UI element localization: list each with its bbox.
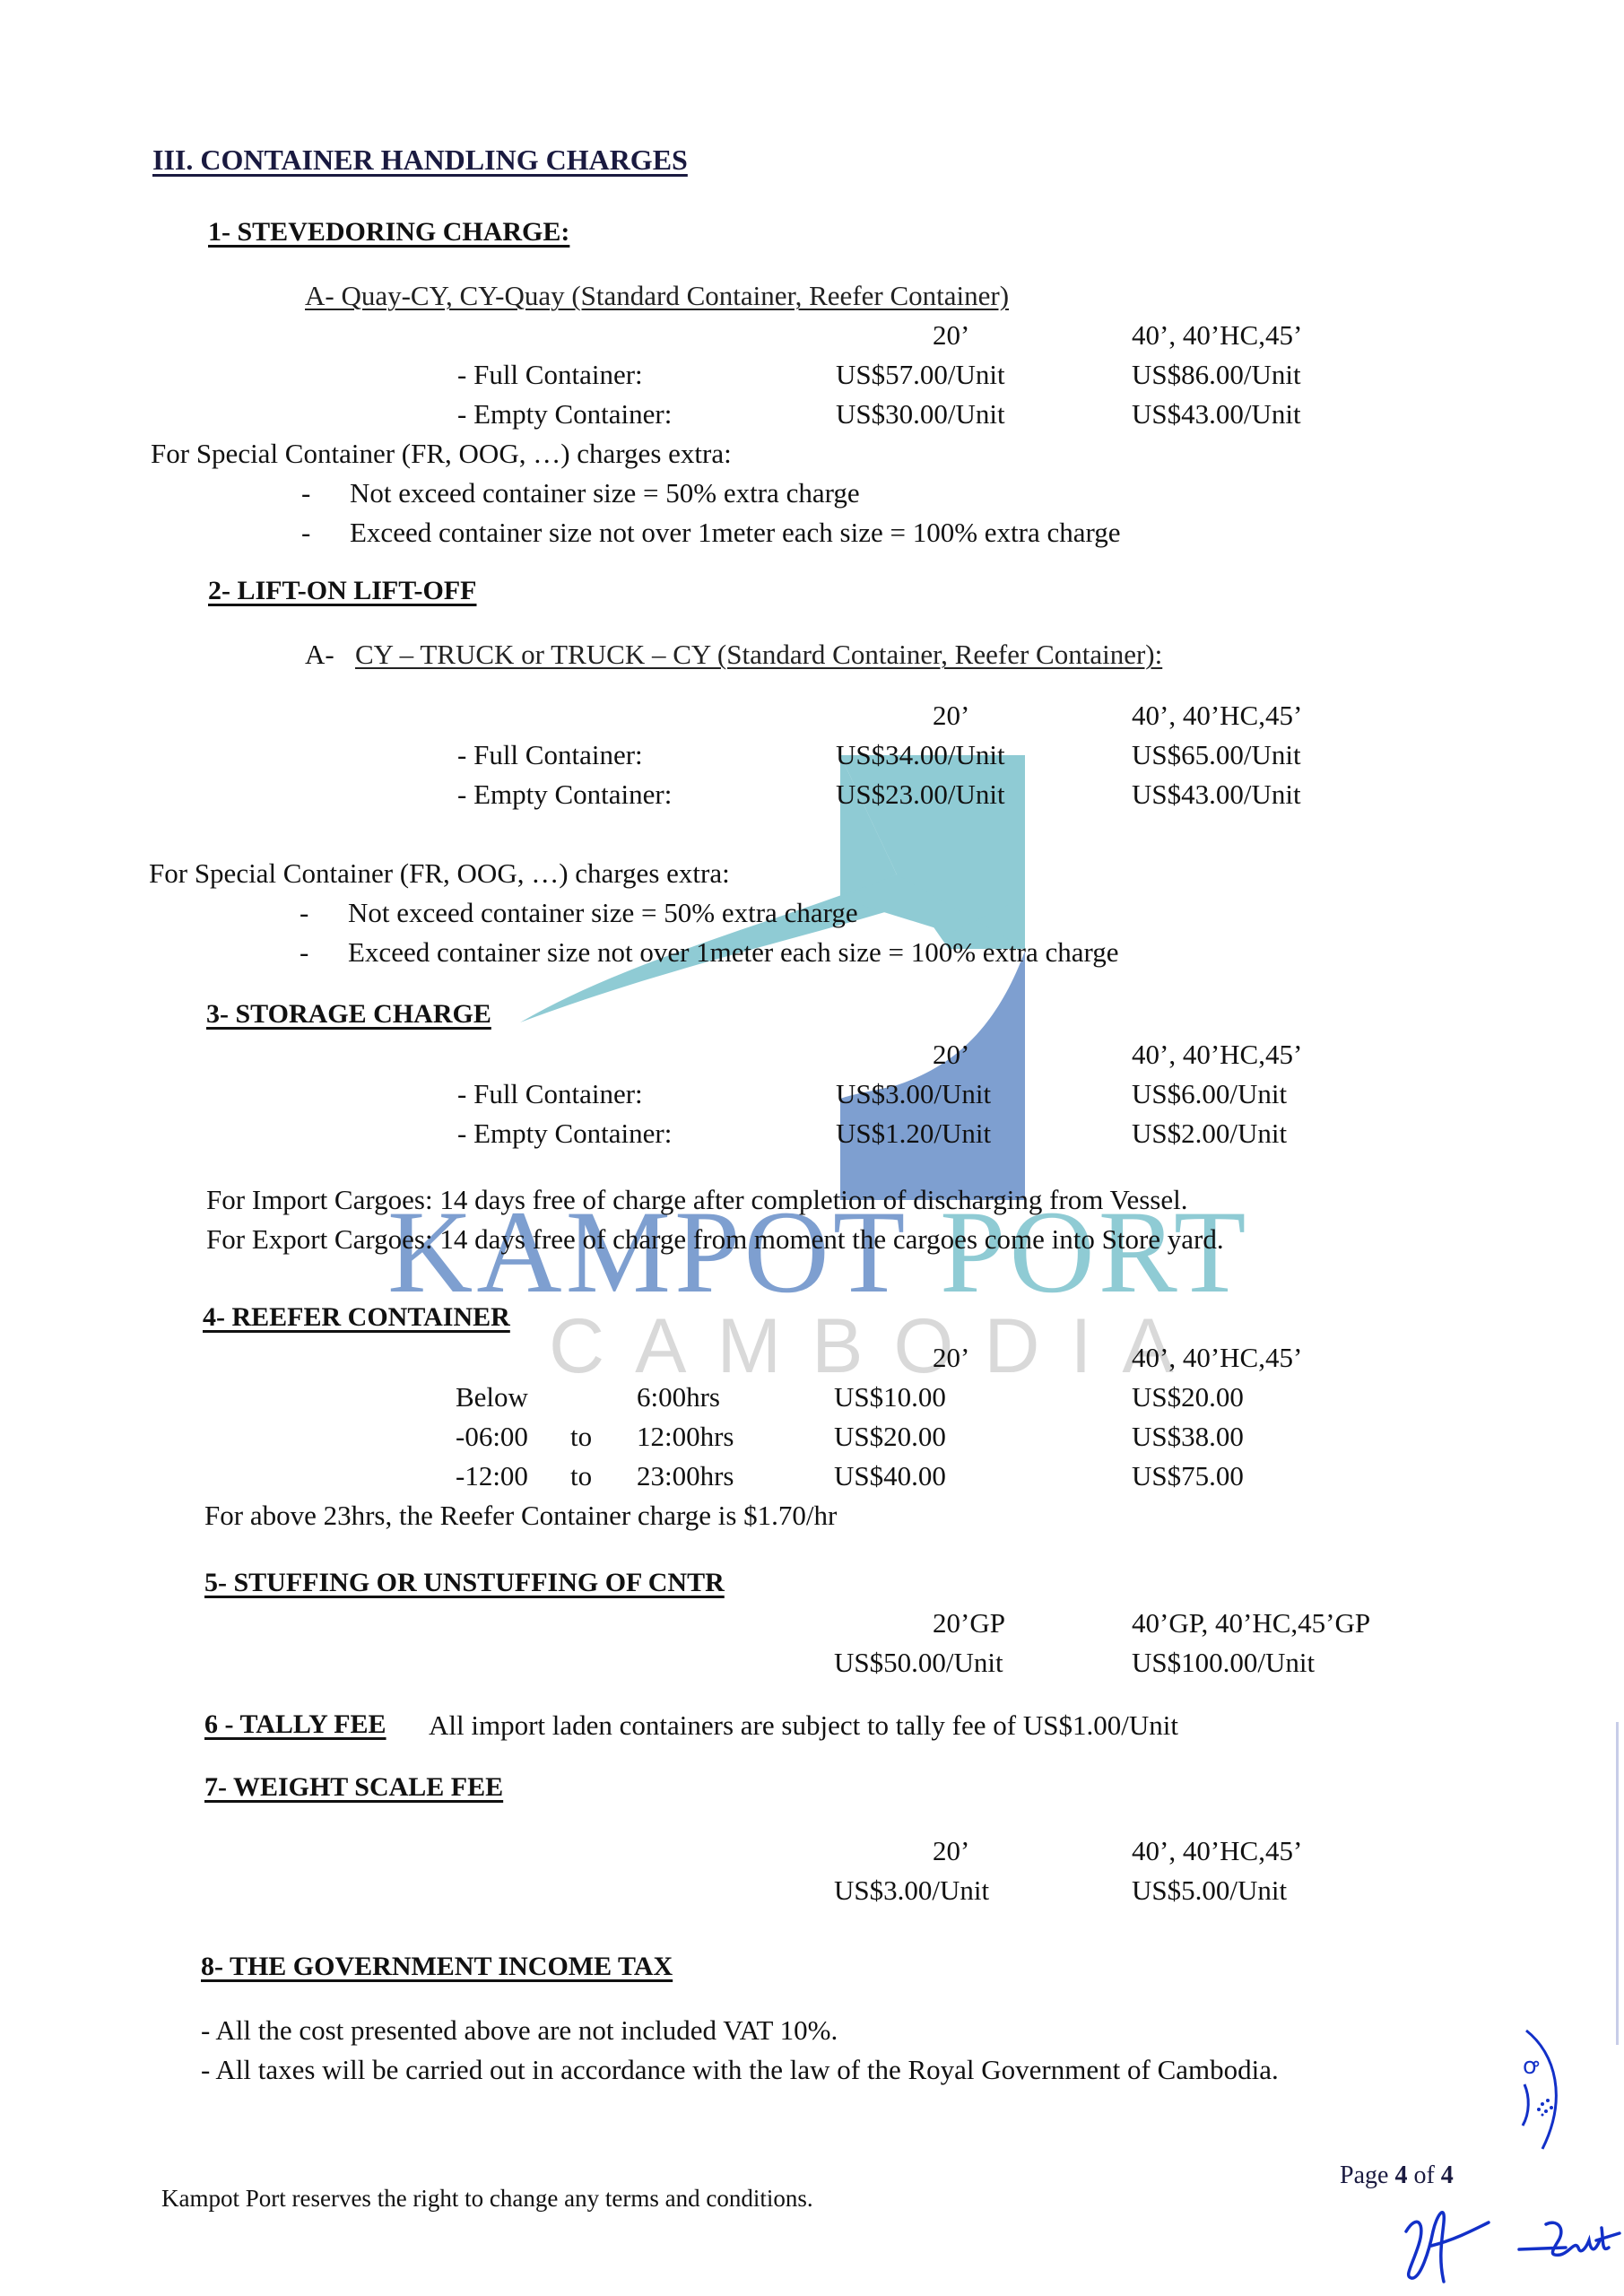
cell-20: US$30.00/Unit [836,398,1005,430]
page-mid: of [1407,2161,1440,2189]
subheading-quay-cy: A- Quay-CY, CY-Quay (Standard Container,… [305,280,1009,312]
col-header-20: 20’ [933,1835,969,1867]
range-from: Below [456,1381,528,1413]
col-header-40: 40’, 40’HC,45’ [1132,1835,1302,1867]
cell-20: US$23.00/Unit [836,778,1005,811]
col-header-40: 40’, 40’HC,45’ [1132,700,1302,732]
row-label: - Full Container: [457,359,643,391]
cell-40: US$38.00 [1132,1421,1244,1453]
cell-20: US$3.00/Unit [834,1874,989,1907]
cell-20: US$50.00/Unit [834,1647,1003,1679]
cell-40: US$43.00/Unit [1132,778,1301,811]
col-header-20: 20’ [933,319,969,352]
section-heading-stevedoring: 1- STEVEDORING CHARGE: [208,217,569,248]
col-header-40: 40’, 40’HC,45’ [1132,1342,1302,1374]
cell-40: US$86.00/Unit [1132,359,1301,391]
cell-40: US$2.00/Unit [1132,1118,1287,1150]
section-heading-tally: 6 - TALLY FEE [204,1709,386,1740]
official-stamp-icon: ꝍ [1515,2027,1578,2152]
cell-20: US$34.00/Unit [836,739,1005,771]
bullet-dash: - [301,517,310,549]
subheading-cy-truck: CY – TRUCK or TRUCK – CY (Standard Conta… [355,639,1162,671]
range-from: -12:00 [456,1460,528,1492]
section-heading-tax: 8- THE GOVERNMENT INCOME TAX [201,1952,673,1982]
cell-20: US$3.00/Unit [836,1078,991,1110]
page-number: Page 4 of 4 [1340,2161,1454,2190]
cell-40: US$43.00/Unit [1132,398,1301,430]
row-label: - Empty Container: [457,398,672,430]
row-label: - Full Container: [457,739,643,771]
range-to: to [570,1460,592,1492]
tally-fee-text: All import laden containers are subject … [429,1709,1178,1742]
cell-40: US$6.00/Unit [1132,1078,1287,1110]
cell-40: US$20.00 [1132,1381,1244,1413]
cell-40: US$75.00 [1132,1460,1244,1492]
row-label: - Empty Container: [457,778,672,811]
col-header-40: 40’, 40’HC,45’ [1132,319,1302,352]
tax-line: - All the cost presented above are not i… [201,2014,838,2047]
special-container-note: For Special Container (FR, OOG, …) charg… [151,438,732,470]
col-header-20: 20’ [933,1342,969,1374]
import-cargo-note: For Import Cargoes: 14 days free of char… [206,1184,1187,1216]
cell-40: US$5.00/Unit [1132,1874,1287,1907]
col-header-20: 20’ [933,1039,969,1071]
section-heading-stuffing: 5- STUFFING OR UNSTUFFING OF CNTR [204,1568,725,1598]
signature-1-icon [1399,2196,1498,2285]
bullet-text: Exceed container size not over 1meter ea… [348,936,1119,969]
cell-40: US$100.00/Unit [1132,1647,1315,1679]
bullet-dash: - [300,936,308,969]
footer-disclaimer: Kampot Port reserves the right to change… [161,2185,813,2213]
section-heading-lift: 2- LIFT-ON LIFT-OFF [208,576,477,606]
col-header-40: 40’, 40’HC,45’ [1132,1039,1302,1071]
section-heading-storage: 3- STORAGE CHARGE [206,999,491,1030]
col-header-20: 20’ [933,700,969,732]
page-prefix: Page [1340,2161,1394,2189]
tax-line: - All taxes will be carried out in accor… [201,2054,1279,2086]
page-title: III. CONTAINER HANDLING CHARGES [152,143,688,177]
range-until: 6:00hrs [637,1381,720,1413]
export-cargo-note: For Export Cargoes: 14 days free of char… [206,1223,1224,1256]
col-header-40: 40’GP, 40’HC,45’GP [1132,1607,1370,1639]
col-header-20: 20’GP [933,1607,1005,1639]
bullet-text: Not exceed container size = 50% extra ch… [350,477,860,509]
row-label: - Empty Container: [457,1118,672,1150]
subheading-prefix: A- [305,639,334,671]
range-until: 23:00hrs [637,1460,734,1492]
cell-20: US$1.20/Unit [836,1118,991,1150]
section-heading-reefer: 4- REEFER CONTAINER [203,1302,510,1333]
special-container-note: For Special Container (FR, OOG, …) charg… [149,857,730,890]
cell-40: US$65.00/Unit [1132,739,1301,771]
reefer-note: For above 23hrs, the Reefer Container ch… [204,1500,837,1532]
section-heading-weight: 7- WEIGHT SCALE FEE [204,1772,503,1803]
range-to: to [570,1421,592,1453]
bullet-dash: - [301,477,310,509]
page-total: 4 [1441,2161,1454,2189]
range-from: -06:00 [456,1421,528,1453]
cell-20: US$20.00 [834,1421,946,1453]
svg-text:ꝍ: ꝍ [1523,2053,1540,2080]
range-until: 12:00hrs [637,1421,734,1453]
bullet-text: Exceed container size not over 1meter ea… [350,517,1121,549]
scan-edge-line [1616,1722,1619,2045]
bullet-dash: - [300,897,308,929]
signature-2-icon [1515,2213,1623,2276]
cell-20: US$57.00/Unit [836,359,1005,391]
bullet-text: Not exceed container size = 50% extra ch… [348,897,858,929]
page-current: 4 [1394,2161,1407,2189]
cell-20: US$10.00 [834,1381,946,1413]
row-label: - Full Container: [457,1078,643,1110]
cell-20: US$40.00 [834,1460,946,1492]
